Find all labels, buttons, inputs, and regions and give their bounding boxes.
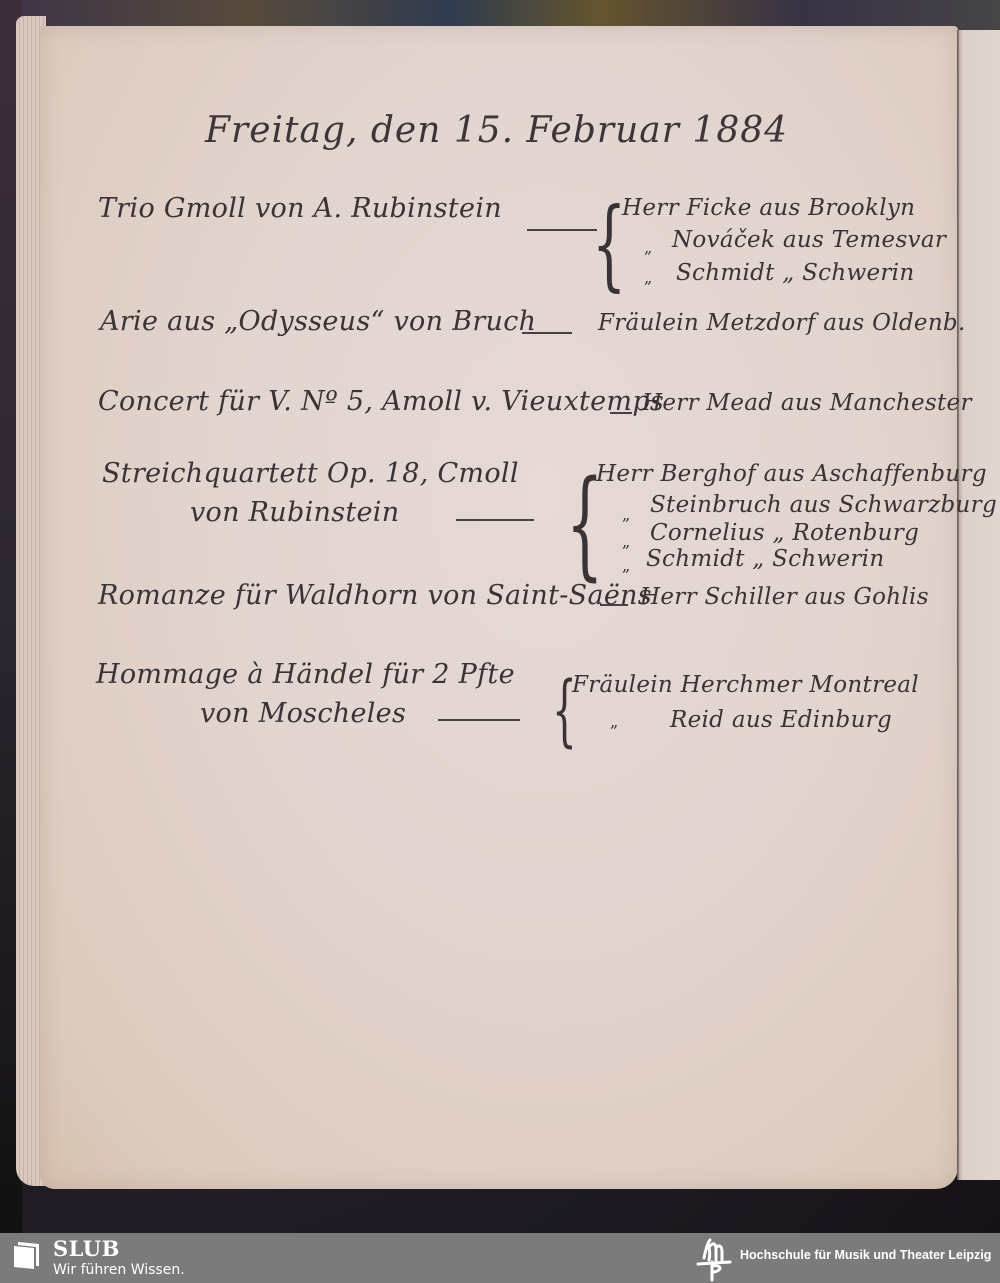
performer-3-1: Herr Mead aus Manchester [642, 390, 972, 416]
ditto-mark: „ [622, 532, 630, 551]
entry-dash [610, 412, 632, 414]
program-piece-6-line-2: von Moscheles [200, 698, 406, 729]
program-piece-4-line-1: Streichquartett Op. 18, Cmoll [102, 458, 519, 489]
performer-6-2: Reid aus Edinburg [670, 707, 892, 733]
program-piece-3: Concert für V. Nº 5, Amoll v. Vieuxtemps [98, 386, 664, 417]
slub-home-link[interactable]: SLUB Wir führen Wissen. [0, 1233, 200, 1283]
program-piece-5: Romanze für Waldhorn von Saint-Saëns [98, 580, 652, 611]
program-piece-4-line-2: von Rubinstein [190, 497, 399, 528]
performer-4-4: Schmidt „ Schwerin [646, 546, 884, 572]
performer-2-1: Fräulein Metzdorf aus Oldenb. [598, 310, 966, 336]
ditto-mark: „ [644, 268, 652, 287]
entry-dash [456, 519, 534, 521]
scanned-book-spread: Freitag, den 15. Februar 1884 Trio Gmoll… [0, 0, 1000, 1233]
slub-tagline: Wir führen Wissen. [53, 1262, 185, 1278]
ditto-mark: „ [610, 712, 618, 731]
performer-4-2: Steinbruch aus Schwarzburg [650, 492, 997, 518]
ditto-mark: „ [622, 505, 630, 524]
entry-dash [527, 229, 597, 231]
performer-1-1: Herr Ficke aus Brooklyn [622, 195, 915, 221]
program-piece-1: Trio Gmoll von A. Rubinstein [98, 193, 502, 224]
program-piece-2: Arie aus „Odysseus“ von Bruch [100, 306, 536, 337]
ditto-mark: „ [622, 556, 630, 575]
hmt-name: Hochschule für Musik und Theater Leipzig [740, 1248, 991, 1262]
entry-dash [438, 719, 520, 721]
performer-4-3: Cornelius „ Rotenburg [650, 520, 919, 546]
performer-6-1: Fräulein Herchmer Montreal [572, 672, 919, 698]
entry-dash [600, 604, 628, 606]
performer-5-1: Herr Schiller aus Gohlis [640, 584, 929, 610]
performer-1-2: Nováček aus Temesvar [672, 227, 946, 253]
page-title: Freitag, den 15. Februar 1884 [205, 110, 788, 151]
slub-book-icon [12, 1240, 42, 1270]
performer-4-1: Herr Berghof aus Aschaffenburg [596, 461, 987, 487]
footer-banner: SLUB Wir führen Wissen. Hochschule für M… [0, 1233, 1000, 1283]
entry-dash [522, 332, 572, 334]
hmt-monogram-icon [696, 1236, 732, 1282]
program-piece-6-line-1: Hommage à Händel für 2 Pfte [96, 659, 515, 690]
slub-name: SLUB [53, 1236, 120, 1261]
performer-1-3: Schmidt „ Schwerin [676, 260, 914, 286]
hmt-home-link[interactable]: Hochschule für Musik und Theater Leipzig [690, 1233, 1000, 1283]
ditto-mark: „ [644, 238, 652, 257]
next-page-edge [958, 30, 1000, 1180]
